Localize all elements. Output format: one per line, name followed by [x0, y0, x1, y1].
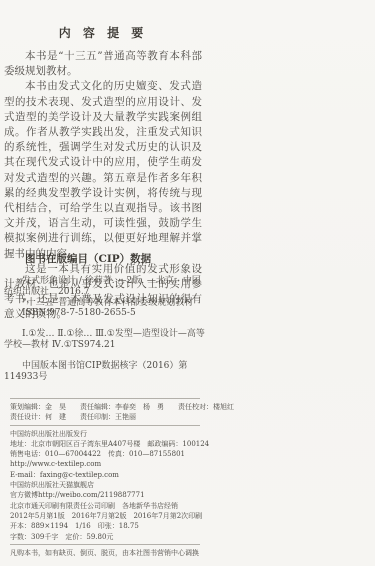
edition-printing-line: 2012年5月第1版 2016年7月第2版 2016年7月第2次印刷 — [10, 511, 200, 521]
editor-credits-line-1: 策划编辑：金 昊 责任编辑：李春奕 杨 勇 责任校对：楼旭红 — [10, 402, 200, 412]
format-sheets-line: 开本：889×1194 1/16 印张：18.75 — [10, 521, 200, 531]
publisher-line: 中国纺织出版社出版发行 — [10, 429, 200, 439]
colophon-section: 策划编辑：金 昊 责任编辑：李春奕 杨 勇 责任校对：楼旭红 责任设计：何 建 … — [10, 396, 200, 558]
summary-paragraph-2: 本书由发式文化的历史嬗变、发式造型的技术表现、发式造型的应用设计、发式造型的美学… — [4, 79, 202, 261]
website-line: http://www.c-textilep.com — [10, 459, 200, 469]
divider-bottom — [10, 544, 200, 545]
cip-series: “十三五”普通高等教育本科部委级规划教材 — [4, 298, 206, 309]
divider-middle — [10, 425, 200, 426]
email-line: E-mail：faxing@c-textilep.com — [10, 470, 200, 480]
cip-classification: Ⅰ.①发… Ⅱ.①徐… Ⅲ.①发型—造型设计—高等学校—教材 Ⅳ.①TS974.… — [4, 329, 206, 351]
summary-title: 内 容 提 要 — [4, 24, 202, 41]
cip-title: 图书在版编目（CIP）数据 — [4, 251, 206, 266]
address-line: 地址：北京市朝阳区百子湾东里A407号楼 邮政编码：100124 — [10, 439, 200, 449]
editor-credits-line-2: 责任设计：何 建 责任印制：王艳丽 — [10, 412, 200, 422]
cip-entry: 发式形象设计 / 徐荷著. —2版. —北京：中国纺织出版社，2016.7 — [4, 276, 206, 298]
summary-paragraph-1: 本书是“十三五”普通高等教育本科部委级规划教材。 — [4, 49, 202, 79]
cip-data-section: 图书在版编目（CIP）数据 发式形象设计 / 徐荷著. —2版. —北京：中国纺… — [4, 251, 206, 382]
weibo-line: 官方微博http://weibo.com/2119887771 — [10, 490, 200, 500]
wordcount-price-line: 字数：309千字 定价：59.80元 — [10, 532, 200, 542]
replacement-notice: 凡购本书，如有缺页、倒页、脱页，由本社图书营销中心调换 — [10, 548, 200, 558]
tmall-store-line: 中国纺织出版社天猫旗舰店 — [10, 480, 200, 490]
phone-fax-line: 销售电话：010—67004422 传真：010—87155801 — [10, 449, 200, 459]
cip-record-number: 中国版本图书馆CIP数据核字（2016）第114933号 — [4, 361, 206, 383]
cip-isbn: ISBN 978-7-5180-2655-5 — [4, 308, 206, 319]
divider-top — [10, 398, 200, 399]
printer-distributor-line: 北京市通天印刷有限责任公司印刷 各地新华书店经销 — [10, 501, 200, 511]
copyright-page: 内 容 提 要 本书是“十三五”普通高等教育本科部委级规划教材。 本书由发式文化… — [0, 0, 375, 566]
